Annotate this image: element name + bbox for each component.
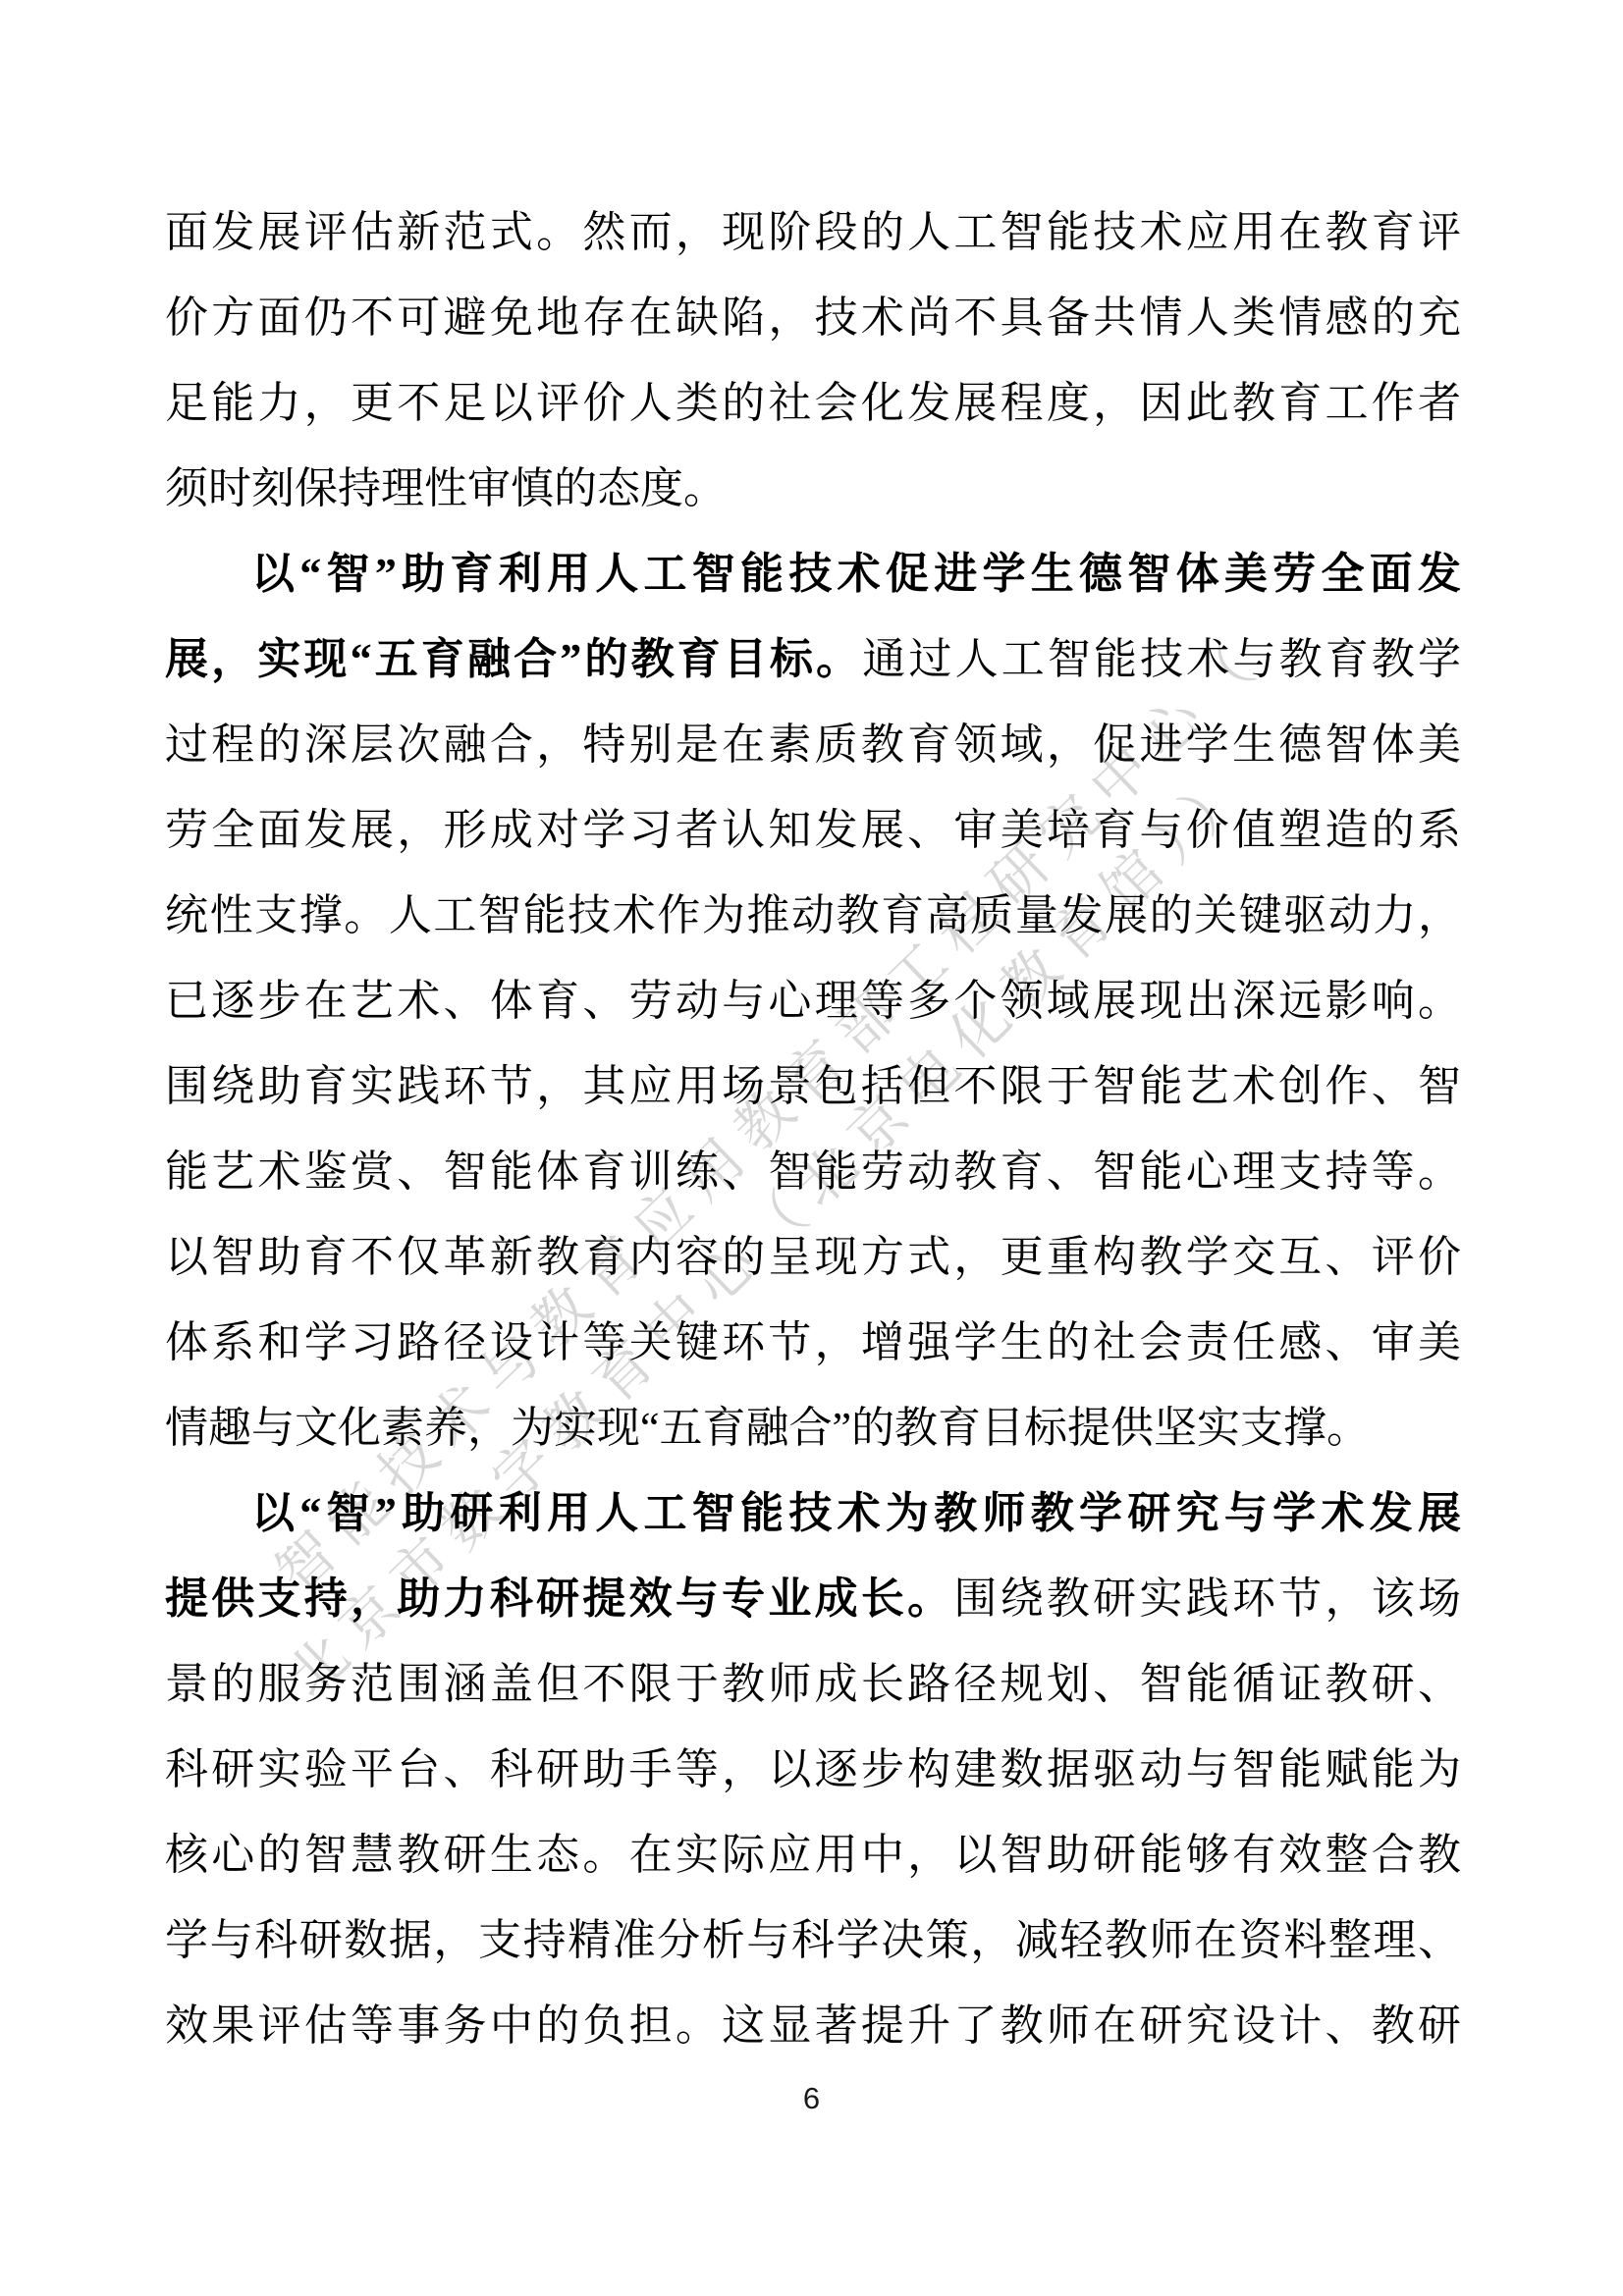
text-line: 情趣与文化素养，为实现“五育融合”的教育目标提供坚实支撑。 [165, 1385, 1461, 1470]
text-line: 价方面仍不可避免地存在缺陷，技术尚不具备共情人类情感的充 [165, 275, 1461, 360]
text-line: 能艺术鉴赏、智能体育训练、智能劳动教育、智能心理支持等。 [165, 1129, 1461, 1214]
text-line: 科研实验平台、科研助手等，以逐步构建数据驱动与智能赋能为 [165, 1727, 1461, 1812]
body-text-run: 学与科研数据，支持精准分析与科学决策，减轻教师在资料整理、 [165, 1916, 1461, 1964]
body-text-run: 围绕助育实践环节，其应用场景包括但不限于智能艺术创作、智 [165, 1062, 1461, 1110]
body-text-run: 面发展评估新范式。然而，现阶段的人工智能技术应用在教育评 [165, 208, 1461, 256]
text-line: 学与科研数据，支持精准分析与科学决策，减轻教师在资料整理、 [165, 1897, 1461, 1983]
body-text-run: 核心的智慧教研生态。在实际应用中，以智助研能够有效整合教 [165, 1831, 1461, 1879]
body-text-run: 体系和学习路径设计等关键环节，增强学生的社会责任感、审美 [165, 1318, 1461, 1366]
document-body-text: 面发展评估新范式。然而，现阶段的人工智能技术应用在教育评价方面仍不可避免地存在缺… [165, 189, 1461, 2068]
body-text-run: 足能力，更不足以评价人类的社会化发展程度，因此教育工作者 [165, 379, 1461, 427]
text-line: 核心的智慧教研生态。在实际应用中，以智助研能够有效整合教 [165, 1812, 1461, 1897]
body-text-run: 须时刻保持理性审慎的态度。 [165, 464, 727, 512]
body-text-run: 价方面仍不可避免地存在缺陷，技术尚不具备共情人类情感的充 [165, 294, 1461, 342]
text-line: 提供支持，助力科研提效与专业成长。围绕教研实践环节，该场 [165, 1556, 1461, 1641]
page-number: 6 [0, 2081, 1623, 2116]
body-text-run: 统性支撑。人工智能技术作为推动教育高质量发展的关键驱动力， [165, 891, 1461, 939]
text-line: 围绕助育实践环节，其应用场景包括但不限于智能艺术创作、智 [165, 1043, 1461, 1129]
body-text-run: 通过人工智能技术与教育教学 [862, 635, 1461, 683]
text-line: 足能力，更不足以评价人类的社会化发展程度，因此教育工作者 [165, 360, 1461, 446]
text-line: 面发展评估新范式。然而，现阶段的人工智能技术应用在教育评 [165, 189, 1461, 275]
text-line: 统性支撑。人工智能技术作为推动教育高质量发展的关键驱动力， [165, 873, 1461, 958]
body-text-run: 能艺术鉴赏、智能体育训练、智能劳动教育、智能心理支持等。 [165, 1148, 1461, 1196]
text-line: 以“智”助育利用人工智能技术促进学生德智体美劳全面发 [165, 531, 1461, 616]
text-line: 体系和学习路径设计等关键环节，增强学生的社会责任感、审美 [165, 1300, 1461, 1385]
text-line: 景的服务范围涵盖但不限于教师成长路径规划、智能循证教研、 [165, 1641, 1461, 1727]
bold-lead-in: 提供支持，助力科研提效与专业成长。 [165, 1575, 953, 1623]
body-text-run: 已逐步在艺术、体育、劳动与心理等多个领域展现出深远影响。 [165, 977, 1461, 1025]
bold-lead-in: 以“智”助育利用人工智能技术促进学生德智体美劳全面发 [251, 550, 1461, 598]
bold-lead-in: 展，实现“五育融合”的教育目标。 [165, 635, 862, 683]
text-line: 以智助育不仅革新教育内容的呈现方式，更重构教学交互、评价 [165, 1214, 1461, 1300]
text-line: 以“智”助研利用人工智能技术为教师教学研究与学术发展 [165, 1470, 1461, 1556]
bold-lead-in: 以“智”助研利用人工智能技术为教师教学研究与学术发展 [251, 1489, 1461, 1537]
text-line: 展，实现“五育融合”的教育目标。通过人工智能技术与教育教学 [165, 616, 1461, 702]
document-page: 智能技术与教育应用教育部工程研究中心（ 北京市数字教育中心（北京电化教育馆）） … [0, 0, 1623, 2296]
text-line: 过程的深层次融合，特别是在素质教育领域，促进学生德智体美 [165, 702, 1461, 787]
body-text-run: 科研实验平台、科研助手等，以逐步构建数据驱动与智能赋能为 [165, 1745, 1461, 1793]
text-line: 已逐步在艺术、体育、劳动与心理等多个领域展现出深远影响。 [165, 958, 1461, 1043]
body-text-run: 以智助育不仅革新教育内容的呈现方式，更重构教学交互、评价 [165, 1233, 1461, 1281]
body-text-run: 情趣与文化素养，为实现“五育融合”的教育目标提供坚实支撑。 [165, 1404, 1370, 1452]
text-line: 效果评估等事务中的负担。这显著提升了教师在研究设计、教研 [165, 1983, 1461, 2068]
text-line: 须时刻保持理性审慎的态度。 [165, 446, 1461, 531]
body-text-run: 围绕教研实践环节，该场 [953, 1575, 1461, 1623]
text-line: 劳全面发展，形成对学习者认知发展、审美培育与价值塑造的系 [165, 787, 1461, 873]
body-text-run: 效果评估等事务中的负担。这显著提升了教师在研究设计、教研 [165, 2002, 1461, 2050]
body-text-run: 劳全面发展，形成对学习者认知发展、审美培育与价值塑造的系 [165, 806, 1461, 854]
body-text-run: 景的服务范围涵盖但不限于教师成长路径规划、智能循证教研、 [165, 1660, 1461, 1708]
body-text-run: 过程的深层次融合，特别是在素质教育领域，促进学生德智体美 [165, 721, 1461, 769]
